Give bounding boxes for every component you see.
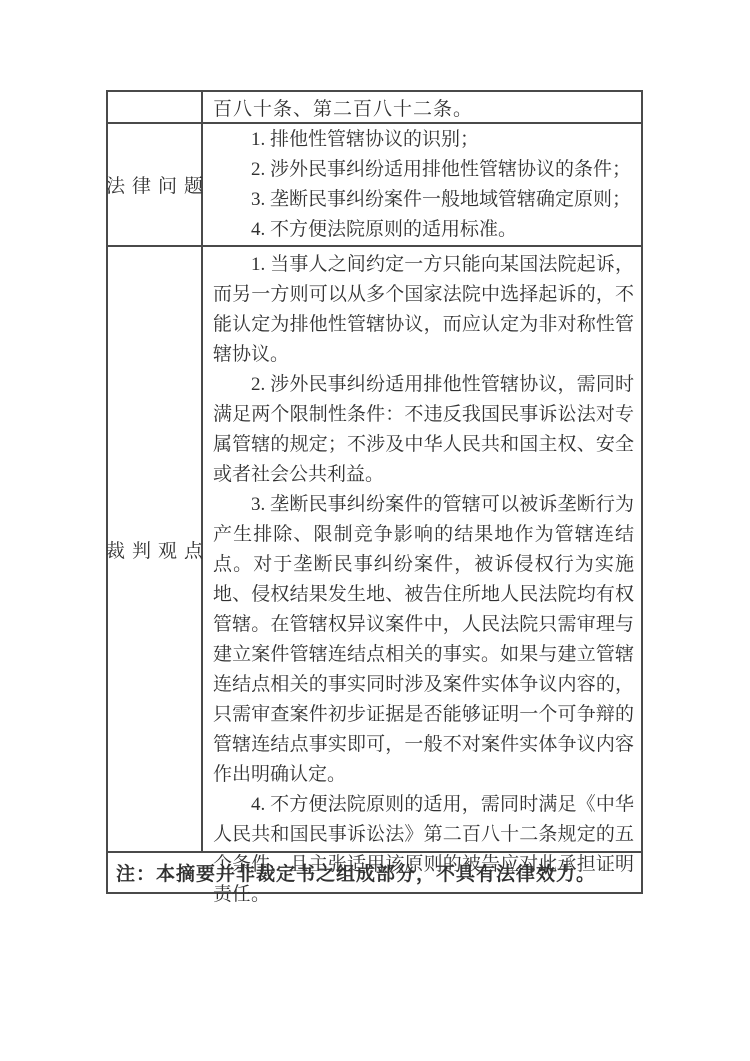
continuation-header-cell (108, 92, 203, 122)
continuation-text: 百八十条、第二百八十二条。 (213, 94, 473, 121)
legal-issues-header-cell: 法律问题 (108, 124, 203, 245)
legal-issue-item: 2. 涉外民事纠纷适用排他性管辖协议的条件； (213, 155, 635, 185)
legal-issue-item: 1. 排他性管辖协议的识别； (213, 125, 635, 155)
legal-issue-item: 3. 垄断民事纠纷案件一般地域管辖确定原则； (213, 185, 635, 215)
table-row-continuation: 百八十条、第二百八十二条。 (108, 92, 641, 122)
adjudication-paragraph: 3. 垄断民事纠纷案件的管辖可以被诉垄断行为产生排除、限制竞争影响的结果地作为管… (213, 490, 634, 790)
adjudication-views-text-cell: 1. 当事人之间约定一方只能向某国法院起诉，而另一方则可以从多个国家法院中选择起… (203, 247, 641, 851)
adjudication-views-header: 裁判观点 (99, 536, 210, 563)
adjudication-paragraph: 2. 涉外民事纠纷适用排他性管辖协议，需同时满足两个限制性条件：不违反我国民事诉… (213, 370, 634, 490)
summary-table: 百八十条、第二百八十二条。 法律问题 1. 排他性管辖协议的识别； 2. 涉外民… (106, 90, 643, 894)
continuation-text-cell: 百八十条、第二百八十二条。 (203, 92, 641, 122)
legal-issues-header: 法律问题 (99, 171, 210, 198)
legal-issue-item: 4. 不方便法院原则的适用标准。 (213, 215, 635, 245)
table-row-legal-issues: 法律问题 1. 排他性管辖协议的识别； 2. 涉外民事纠纷适用排他性管辖协议的条… (108, 122, 641, 245)
table-row-note: 注：本摘要并非裁定书之组成部分，不具有法律效力。 (108, 851, 641, 892)
legal-issues-list-cell: 1. 排他性管辖协议的识别； 2. 涉外民事纠纷适用排他性管辖协议的条件； 3.… (203, 124, 641, 245)
note-text: 注：本摘要并非裁定书之组成部分，不具有法律效力。 (108, 853, 641, 892)
document-page: 百八十条、第二百八十二条。 法律问题 1. 排他性管辖协议的识别； 2. 涉外民… (0, 0, 750, 1061)
adjudication-paragraph: 4. 不方便法院原则的适用，需同时满足《中华人民共和国民事诉讼法》第二百八十二条… (213, 790, 634, 910)
adjudication-paragraph: 1. 当事人之间约定一方只能向某国法院起诉，而另一方则可以从多个国家法院中选择起… (213, 250, 634, 370)
adjudication-views-header-cell: 裁判观点 (108, 247, 203, 851)
table-row-adjudication-views: 裁判观点 1. 当事人之间约定一方只能向某国法院起诉，而另一方则可以从多个国家法… (108, 245, 641, 851)
